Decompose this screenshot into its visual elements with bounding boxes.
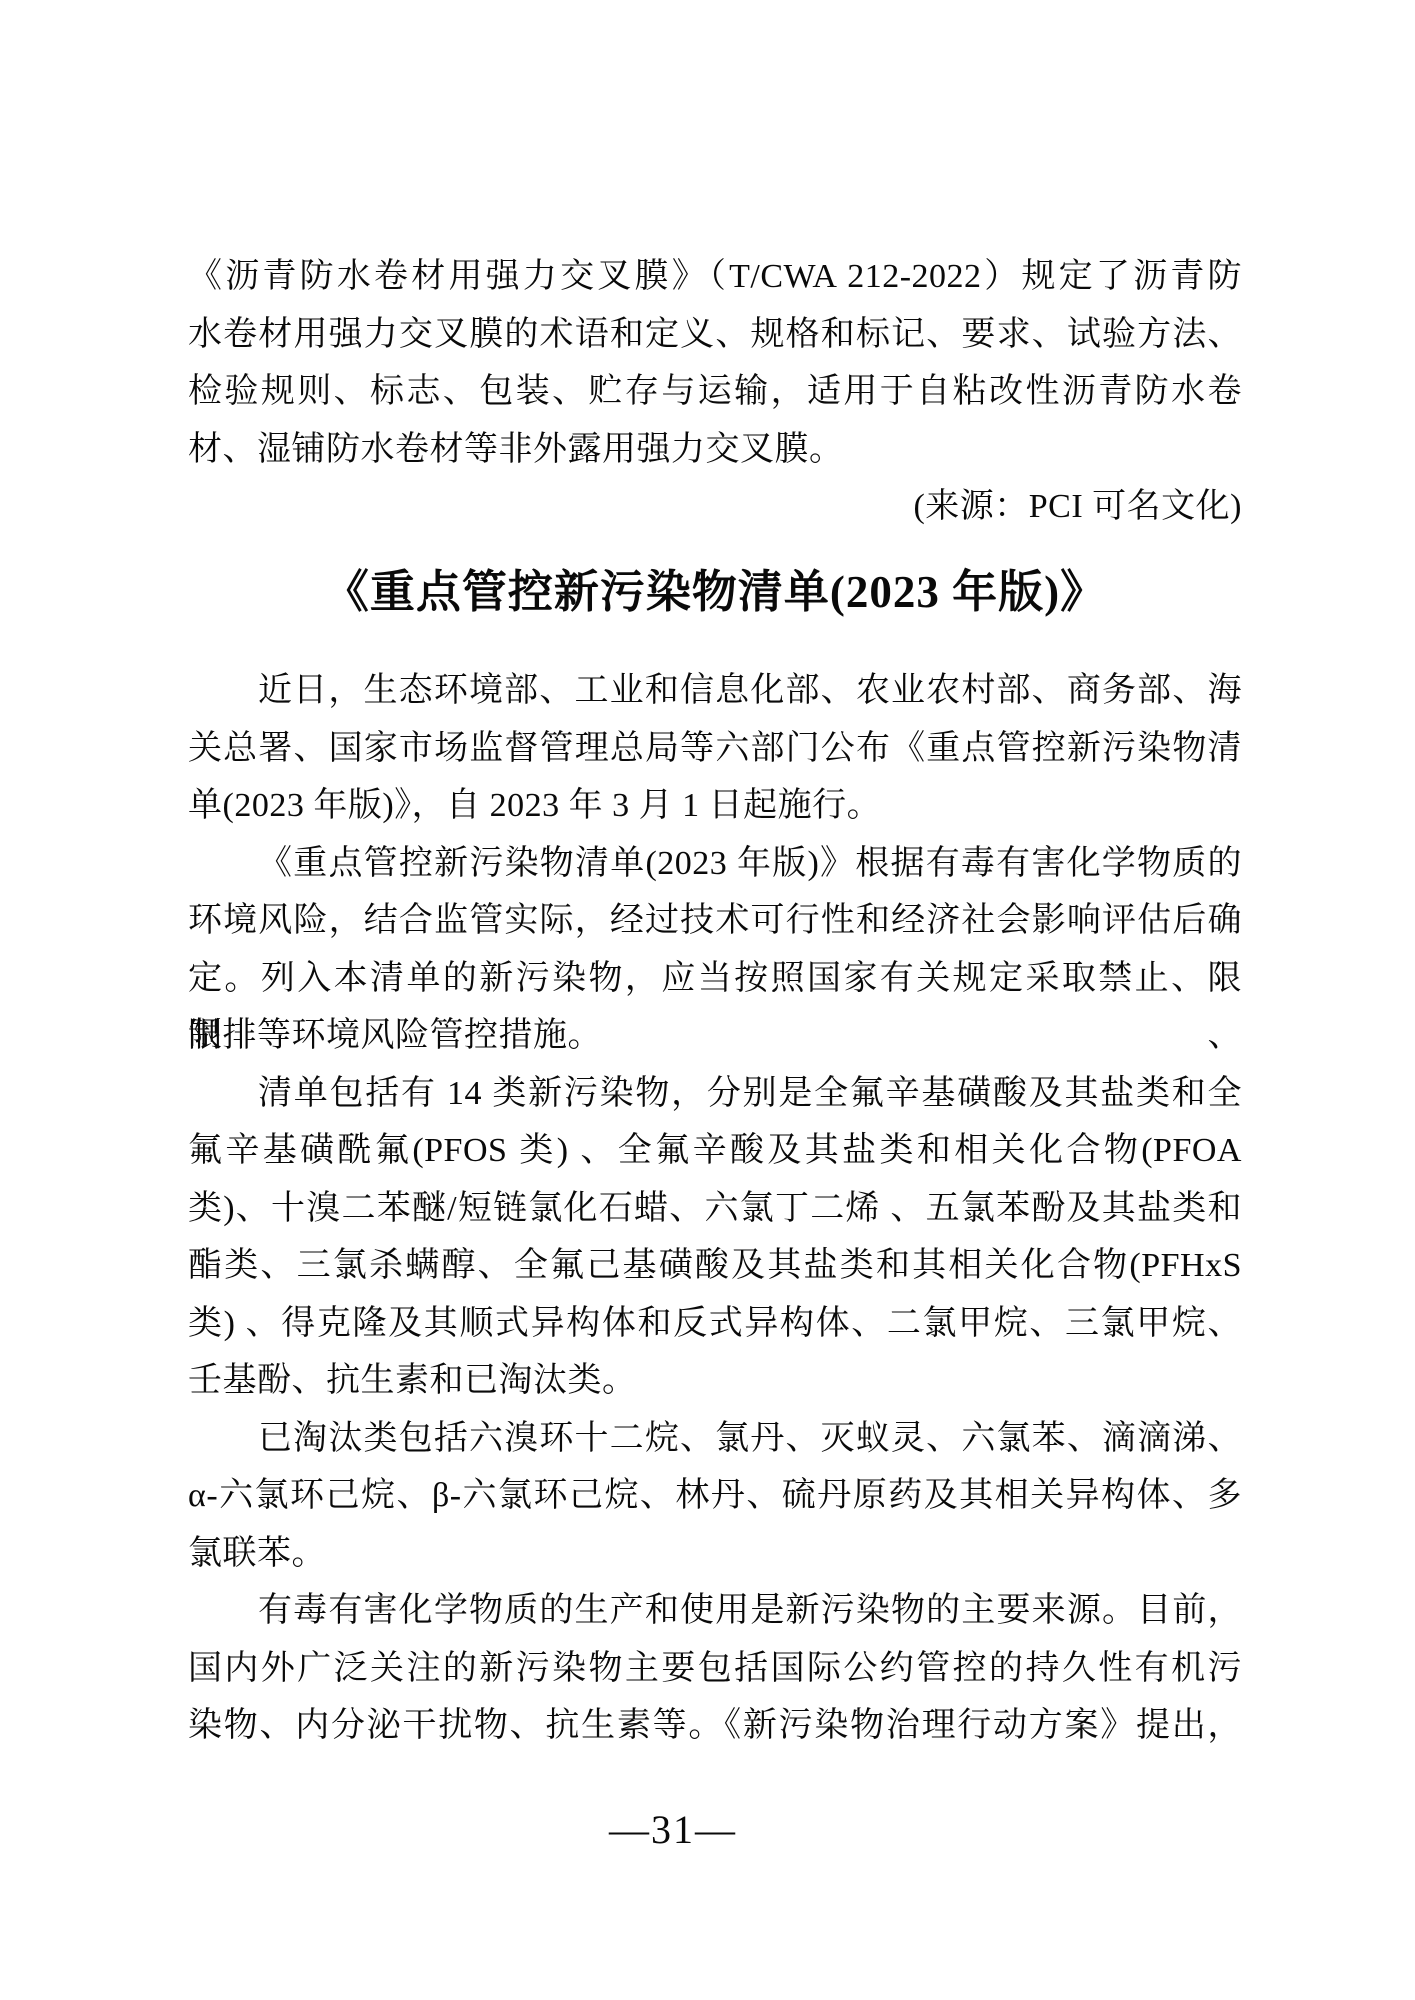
body-line: 壬基酚、抗生素和已淘汰类。 <box>188 1352 1242 1410</box>
body-line: 氟辛基磺酰氟(PFOS 类) 、全氟辛酸及其盐类和相关化合物(PFOA <box>188 1122 1242 1180</box>
body-line: 氯联苯。 <box>188 1525 1242 1583</box>
body-line: 国内外广泛关注的新污染物主要包括国际公约管控的持久性有机污 <box>188 1640 1242 1698</box>
body-line: 酯类、三氯杀螨醇、全氟己基磺酸及其盐类和其相关化合物(PFHxS <box>188 1237 1242 1295</box>
document-page: 《沥青防水卷材用强力交叉膜》（T/CWA 212-2022）规定了沥青防 水卷材… <box>0 0 1415 2000</box>
body-line: 关总署、国家市场监督管理总局等六部门公布《重点管控新污染物清 <box>188 720 1242 778</box>
body-line: 类)、十溴二苯醚/短链氯化石蜡、六氯丁二烯 、五氯苯酚及其盐类和 <box>188 1180 1242 1238</box>
body-line: 已淘汰类包括六溴环十二烷、氯丹、灭蚁灵、六氯苯、滴滴涕、 <box>188 1410 1242 1468</box>
body-line: 定。列入本清单的新污染物，应当按照国家有关规定采取禁止、限制、 <box>188 950 1242 1008</box>
body-line: 《沥青防水卷材用强力交叉膜》（T/CWA 212-2022）规定了沥青防 <box>188 248 1242 306</box>
page-body: 《沥青防水卷材用强力交叉膜》（T/CWA 212-2022）规定了沥青防 水卷材… <box>188 248 1242 1755</box>
article-title: 《重点管控新污染物清单(2023 年版)》 <box>188 560 1242 624</box>
body-line: 单(2023 年版)》，自 2023 年 3 月 1 日起施行。 <box>188 777 1242 835</box>
body-line: α-六氯环己烷、β-六氯环己烷、林丹、硫丹原药及其相关异构体、多 <box>188 1467 1242 1525</box>
body-line: 环境风险，结合监管实际，经过技术可行性和经济社会影响评估后确 <box>188 892 1242 950</box>
body-line: 材、湿铺防水卷材等非外露用强力交叉膜。 <box>188 421 1242 479</box>
body-line: 类) 、得克隆及其顺式异构体和反式异构体、二氯甲烷、三氯甲烷、 <box>188 1295 1242 1353</box>
source-attribution: (来源：PCI 可名文化) <box>188 478 1242 536</box>
page-number: —31— <box>146 1808 1200 1852</box>
body-line: 检验规则、标志、包装、贮存与运输，适用于自粘改性沥青防水卷 <box>188 363 1242 421</box>
body-line: 水卷材用强力交叉膜的术语和定义、规格和标记、要求、试验方法、 <box>188 306 1242 364</box>
body-line: 《重点管控新污染物清单(2023 年版)》根据有毒有害化学物质的 <box>188 835 1242 893</box>
body-line: 近日，生态环境部、工业和信息化部、农业农村部、商务部、海 <box>188 662 1242 720</box>
body-line: 清单包括有 14 类新污染物，分别是全氟辛基磺酸及其盐类和全 <box>188 1065 1242 1123</box>
body-line: 染物、内分泌干扰物、抗生素等。《新污染物治理行动方案》提出， <box>188 1697 1242 1755</box>
body-line: 有毒有害化学物质的生产和使用是新污染物的主要来源。目前， <box>188 1582 1242 1640</box>
